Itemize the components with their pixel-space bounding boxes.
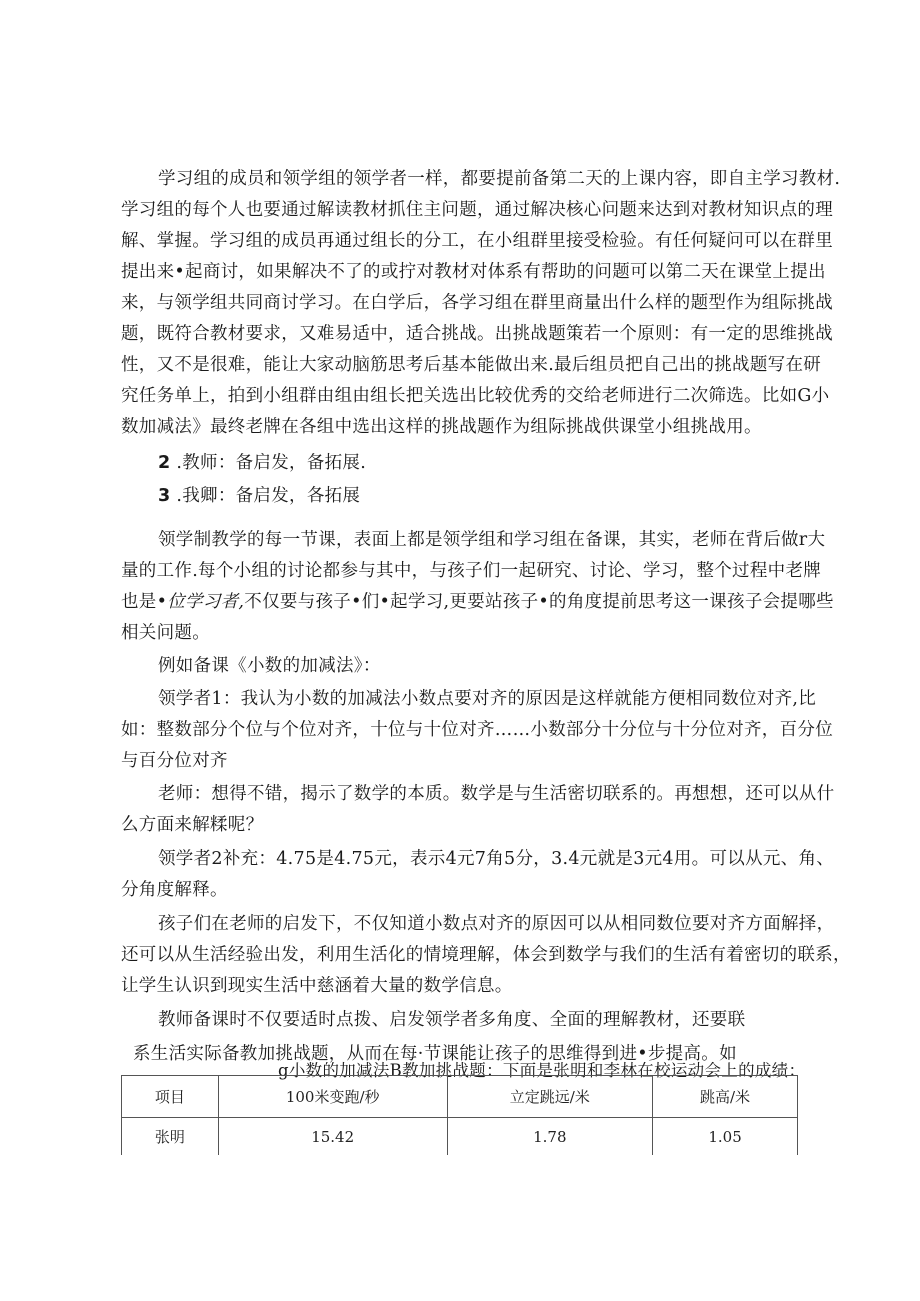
para2-line: 量的工作.每个小组的讨论都参与其中，与孩子们一起研究、讨论、学习，整个过程中老牌 [121,560,821,582]
table-cell: 15.42 [218,1118,447,1156]
teacher-line: 么方面来解糅呢？ [121,814,263,836]
list-number: 3 [158,486,170,506]
table-header-cell: 立定跳远/米 [447,1076,653,1118]
para1-line: 究任务单上，拍到小组群由组由组长把关选出比较优秀的交给老师进行二次筛选。比如G小 [121,385,829,407]
leader1-line: 如：整数部分个位与个位对齐，十位与十位对齐……小数部分十分位与十分位对齐，百分位 [121,719,833,741]
table-cell: 1.78 [447,1118,653,1156]
para1-line: 题，既符合教材要求，又难易适中，适合挑战。出挑战题策若一个原则：有一定的思维挑战 [121,323,833,345]
children-line: 孩子们在老师的启发下，不仅知道小数点对齐的原因可以从相同数位要对齐方面解择， [158,913,834,935]
leader1-line: 与百分位对齐 [121,750,228,772]
para2-line: 相关问题。 [121,622,210,644]
list-number: 2 [158,453,170,473]
table-header-cell: 100米变跑/秒 [218,1076,447,1118]
para2-italic-text: •位学习者, [157,592,245,612]
para1-line: 数加减法》最终老牌在各组中选出这样的挑战题作为组际挑战供课堂小组挑战用。 [121,416,762,438]
para2-text: 也是 [121,592,157,612]
teacher-line: 老师：想得不错，揭示了数学的本质。数学是与生活密切联系的。再想想，还可以从什 [158,783,834,805]
table-header-cell: 项目 [122,1076,219,1118]
leader1-line: 领学者1：我认为小数的加减法小数点要对齐的原因是这样就能方便相同数位对齐,比 [158,688,816,710]
document-page: 学习组的成员和领学组的领学者一样，都要提前备第二天的上课内容，即自主学习教材. … [0,0,920,1301]
table-row: 张明 15.42 1.78 1.05 [122,1118,798,1156]
list-item-3: 3 .我卿：备启发，各拓展 [158,485,360,507]
table-header-row: 项目 100米变跑/秒 立定跳远/米 跳高/米 [122,1076,798,1118]
children-line: 还可以从生活经验出发，利用生活化的情境理解，体会到数学与我们的生活有着密切的联系… [121,944,851,966]
para1-line: 学习组的每个人也要通过解读教材抓住主问题，通过解决核心问题来达到对教材知识点的理 [121,199,833,221]
para2-line: 也是•位学习者,不仅要与孩子•们•起学习,更要站孩子•的角度提前思考这一课孩子会… [121,591,834,613]
leader2-line: 领学者2补充：4.75是4.75元，表示4元7角5分，3.4元就是3元4用。可以… [158,848,834,870]
table-header-cell: 跳高/米 [653,1076,798,1118]
table-cell: 张明 [122,1118,219,1156]
para1-line: 解、掌握。学习组的成员再通过组长的分工，在小组群里接受检验。有任何疑问可以在群里 [121,230,833,252]
para1-line: 来，与领学组共同商讨学习。在白学后，各学习组在群里商量出什么样的题型作为组际挑战 [121,292,833,314]
closing-line: 教师备课时不仅要适时点拨、启发领学者多角度、全面的理解教材，还要联 [158,1009,745,1031]
para2-text: 不仅要与孩子•们•起学习,更要站孩子•的角度提前思考这一课孩子会提哪些 [244,592,834,612]
children-line: 让学生认识到现实生活中慈涵着大量的数学信息。 [121,975,513,997]
list-text: .教师：备启发，备拓展. [176,453,366,473]
table-cell: 1.05 [653,1118,798,1156]
scores-table: 项目 100米变跑/秒 立定跳远/米 跳高/米 张明 15.42 1.78 1.… [121,1075,798,1155]
list-text: .我卿：备启发，各拓展 [176,486,360,506]
list-item-2: 2 .教师：备启发，备拓展. [158,452,366,474]
para1-line: 学习组的成员和领学组的领学者一样，都要提前备第二天的上课内容，即自主学习教材. [158,168,840,190]
para2-line: 领学制教学的每一节课，表面上都是领学组和学习组在备课，其实，老师在背后做r大 [158,529,825,551]
example-intro: 例如备课《小数的加减法》： [158,655,381,677]
para1-line: 性，又不是很难，能让大家动脑筋思考后基本能做出来.最后组员把自己出的挑战题写在研 [121,354,821,376]
para1-line: 提出来•起商讨，如果解决不了的或拧对教材对体系有帮助的问题可以第二天在课堂上提出 [121,261,826,283]
leader2-line: 分角度解释。 [121,879,228,901]
